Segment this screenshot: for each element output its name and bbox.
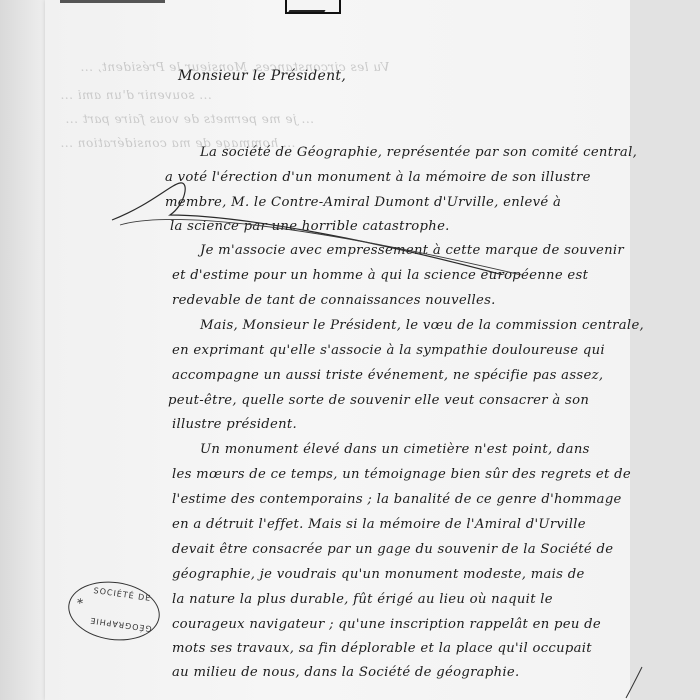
bleed-through-line: ... je me permets de vous faire part ...	[65, 112, 314, 126]
letter-line: a voté l'érection d'un monument à la mém…	[165, 170, 591, 185]
envelope-seal-mark	[285, 0, 341, 14]
letter-line: accompagne un aussi triste événement, ne…	[172, 368, 603, 383]
left-margin	[0, 0, 45, 700]
letter-line: en exprimant qu'elle s'associe à la symp…	[172, 343, 605, 358]
letter-line: Mais, Monsieur le Président, le vœu de l…	[200, 318, 644, 333]
top-edge-mark	[60, 0, 165, 3]
letter-line: illustre président.	[172, 417, 297, 432]
bleed-through-line: ... souvenir d'un ami ...	[60, 88, 212, 102]
letter-line: mots ses travaux, sa fin déplorable et l…	[172, 641, 592, 656]
letter-line: l'estime des contemporains ; la banalité…	[172, 492, 622, 507]
letter-line: les mœurs de ce temps, un témoignage bie…	[172, 467, 631, 482]
letter-line: géographie, je voudrais qu'un monument m…	[172, 567, 585, 582]
letter-line: La société de Géographie, représentée pa…	[200, 145, 637, 160]
letter-line: au milieu de nous, dans la Société de gé…	[172, 665, 520, 680]
letter-line: et d'estime pour un homme à qui la scien…	[172, 268, 588, 283]
letter-line: Je m'associe avec empressement à cette m…	[200, 243, 624, 258]
stamp-star-icon: *	[76, 596, 84, 611]
letter-line: Un monument élevé dans un cimetière n'es…	[200, 442, 590, 457]
letter-line: membre, M. le Contre-Amiral Dumont d'Urv…	[165, 195, 561, 210]
letter-line: devait être consacrée par un gage du sou…	[172, 542, 613, 557]
right-margin	[630, 0, 700, 700]
signature-stroke	[620, 665, 650, 700]
salutation: Monsieur le Président,	[178, 68, 346, 84]
letter-line: peut-être, quelle sorte de souvenir elle…	[168, 393, 589, 408]
letter-line: redevable de tant de connaissances nouve…	[172, 293, 496, 308]
letter-line: en a détruit l'effet. Mais si la mémoire…	[172, 517, 586, 532]
letter-line: la nature la plus durable, fût érigé au …	[172, 592, 553, 607]
letter-line: courageux navigateur ; qu'une inscriptio…	[172, 617, 601, 632]
stamp-text-bottom: GÉOGRAPHIE	[89, 616, 152, 634]
letter-line: la science par une horrible catastrophe.	[170, 219, 450, 234]
